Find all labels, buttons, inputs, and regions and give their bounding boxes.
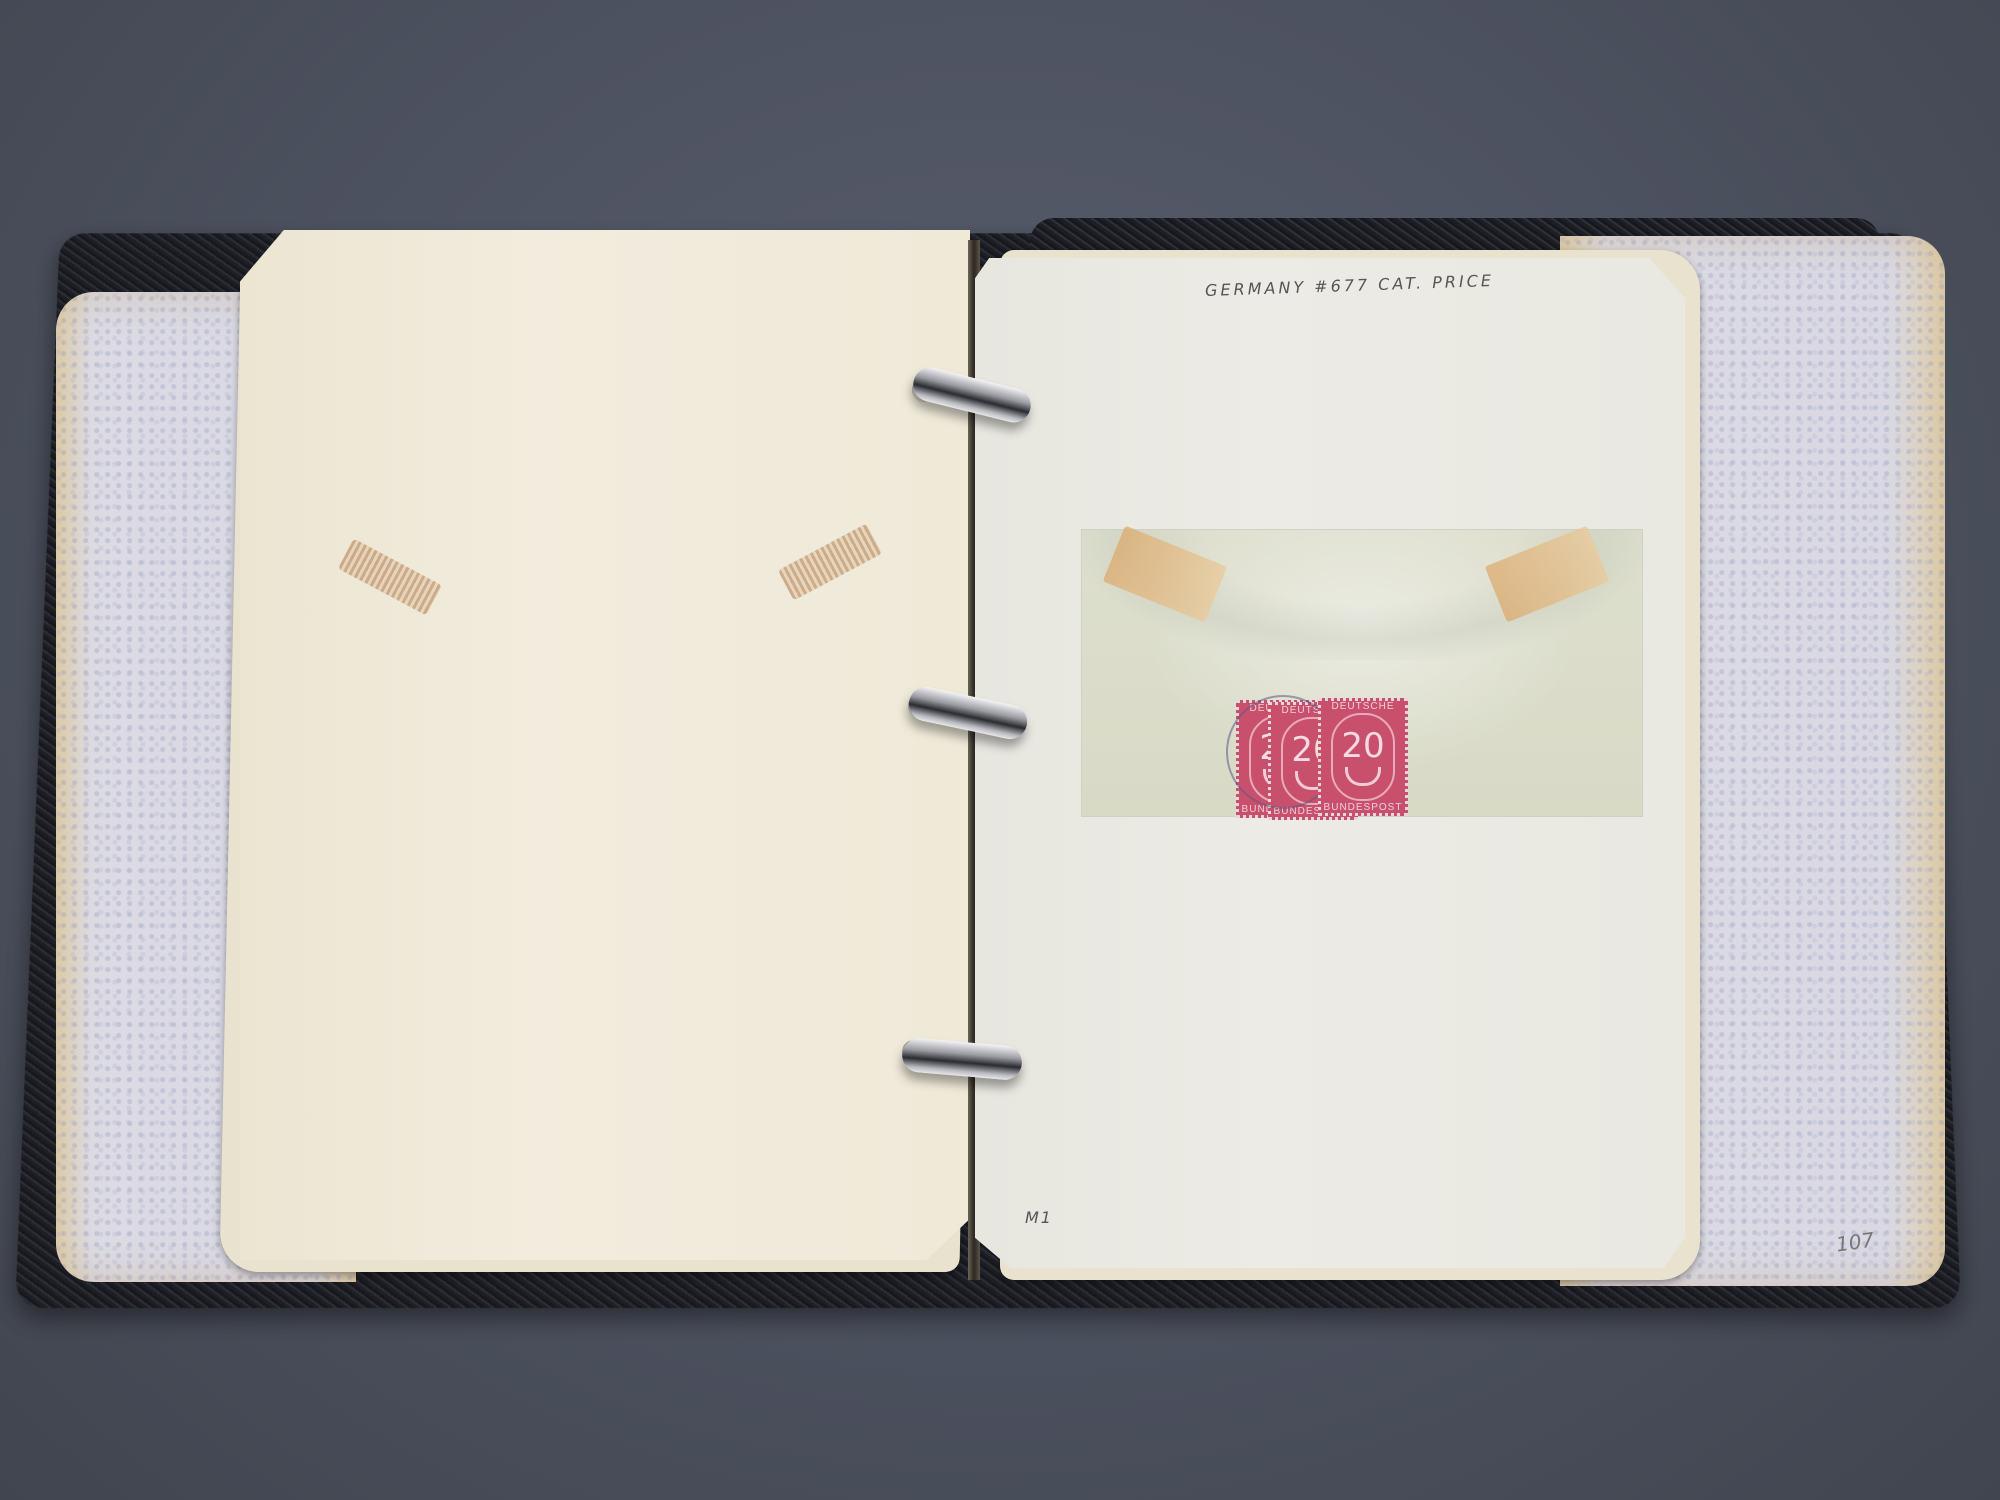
stamp-top-text: DEUTSCHE (1321, 701, 1405, 712)
photo-scene: GERMANY #677 CAT. PRICE M1 107 DEUTSCHE … (0, 0, 2000, 1500)
left-album-page (240, 230, 970, 1260)
post-horn-icon (1345, 767, 1381, 786)
stamp-bottom-text: BUNDESPOST (1321, 802, 1405, 813)
stamp-value: 20 (1341, 729, 1384, 763)
handwritten-page-code: M1 (1025, 1208, 1053, 1227)
postage-stamp: DEUTSCHE 20 BUNDESPOST (1318, 698, 1408, 816)
stamp-design: 20 (1331, 713, 1395, 801)
